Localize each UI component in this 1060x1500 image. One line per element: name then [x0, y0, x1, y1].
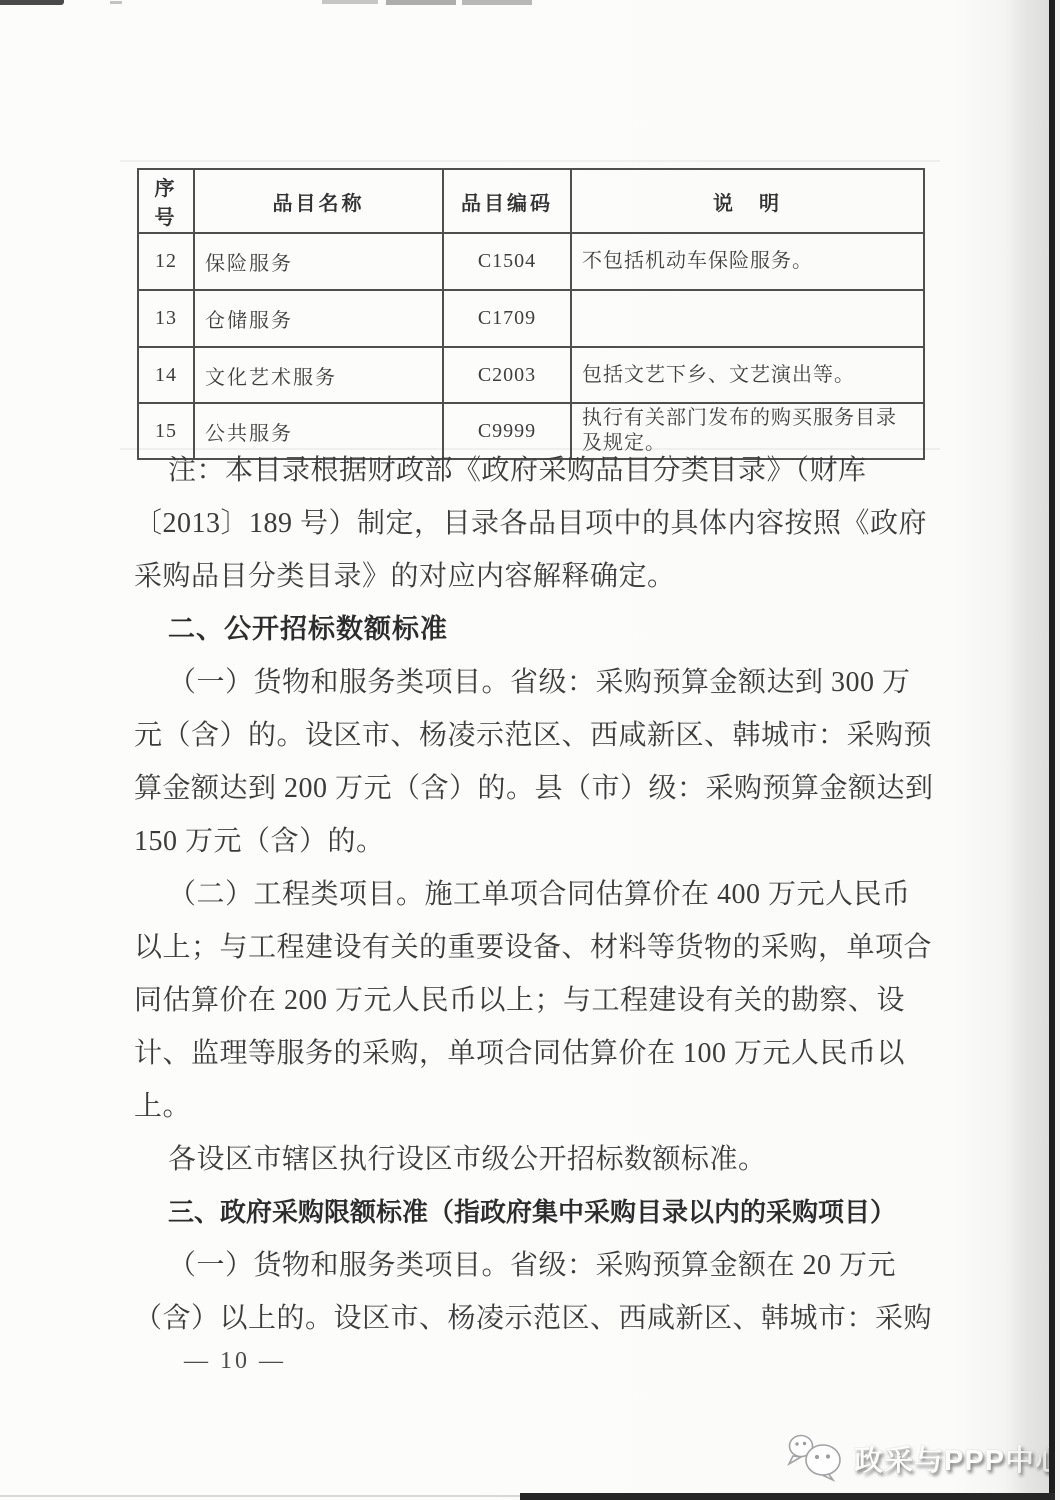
cell-seq: 13: [138, 290, 194, 347]
text-line: 算金额达到 200 万元（含）的。县（市）级：采购预算金额达到: [134, 762, 934, 815]
text-line: 元（含）的。设区市、杨凌示范区、西咸新区、韩城市：采购预: [134, 709, 934, 762]
scan-edge-shade: [1005, 0, 1049, 1500]
col-header-name: 品目名称: [194, 169, 443, 233]
cell-desc: [571, 290, 924, 347]
cell-seq: 14: [138, 347, 194, 403]
text-line: （二）工程类项目。施工单项合同估算价在 400 万元人民币: [134, 868, 934, 921]
text-line: 〔2013〕189 号）制定，目录各品目项中的具体内容按照《政府: [134, 497, 934, 550]
scan-artifact: [386, 0, 456, 5]
text-line: 以上；与工程建设有关的重要设备、材料等货物的采购，单项合: [134, 921, 934, 974]
text-line: 上。: [134, 1080, 934, 1133]
cell-desc: 不包括机动车保险服务。: [571, 233, 924, 290]
scan-streak: [120, 160, 940, 162]
col-header-desc: 说 明: [571, 169, 924, 233]
page-number: — 10 —: [184, 1345, 286, 1377]
body-text: 注：本目录根据财政部《政府采购品目分类目录》（财库 〔2013〕189 号）制定…: [134, 444, 934, 1345]
col-header-code: 品目编码: [443, 169, 571, 233]
cell-code: C1709: [443, 290, 571, 347]
section-heading: 二、公开招标数额标准: [134, 603, 934, 656]
cell-name: 保险服务: [194, 233, 443, 290]
table-row: 12 保险服务 C1504 不包括机动车保险服务。: [138, 233, 924, 290]
cell-name: 仓储服务: [194, 290, 443, 347]
table-row: 13 仓储服务 C1709: [138, 290, 924, 347]
table-row: 14 文化艺术服务 C2003 包括文艺下乡、文艺演出等。: [138, 347, 924, 403]
scan-artifact: [462, 0, 532, 5]
scan-edge-bottom-left: [0, 1495, 520, 1497]
procurement-items-table: 序号 品目名称 品目编码 说 明 12 保险服务 C1504 不包括机动车保险服…: [137, 168, 925, 460]
text-line: 同估算价在 200 万元人民币以上；与工程建设有关的勘察、设: [134, 974, 934, 1027]
text-line: 注：本目录根据财政部《政府采购品目分类目录》（财库: [134, 444, 934, 497]
scan-artifact: [322, 0, 378, 4]
text-line: （一）货物和服务类项目。省级：采购预算金额在 20 万元: [134, 1239, 934, 1292]
cell-code: C2003: [443, 347, 571, 403]
scan-edge-outer: [1055, 0, 1060, 1500]
text-line: （含）以上的。设区市、杨凌示范区、西咸新区、韩城市：采购: [134, 1292, 934, 1345]
text-line: 各设区市辖区执行设区市级公开招标数额标准。: [134, 1133, 934, 1186]
text-line: （一）货物和服务类项目。省级：采购预算金额达到 300 万: [134, 656, 934, 709]
text-line: 采购品目分类目录》的对应内容解释确定。: [134, 550, 934, 603]
col-header-seq: 序号: [138, 169, 194, 233]
wechat-icon: [786, 1430, 846, 1487]
scanned-document-page: 序号 品目名称 品目编码 说 明 12 保险服务 C1504 不包括机动车保险服…: [0, 0, 1060, 1500]
scan-edge-bottom-right: [520, 1493, 1055, 1500]
scan-artifact: [0, 0, 64, 5]
table-header-row: 序号 品目名称 品目编码 说 明: [138, 169, 924, 233]
cell-desc: 包括文艺下乡、文艺演出等。: [571, 347, 924, 403]
cell-seq: 12: [138, 233, 194, 290]
scan-artifact: [110, 1, 122, 4]
cell-code: C1504: [443, 233, 571, 290]
text-line: 150 万元（含）的。: [134, 815, 934, 868]
section-heading: 三、政府采购限额标准（指政府集中采购目录以内的采购项目）: [134, 1186, 934, 1239]
cell-name: 文化艺术服务: [194, 347, 443, 403]
text-line: 计、监理等服务的采购，单项合同估算价在 100 万元人民币以: [134, 1027, 934, 1080]
